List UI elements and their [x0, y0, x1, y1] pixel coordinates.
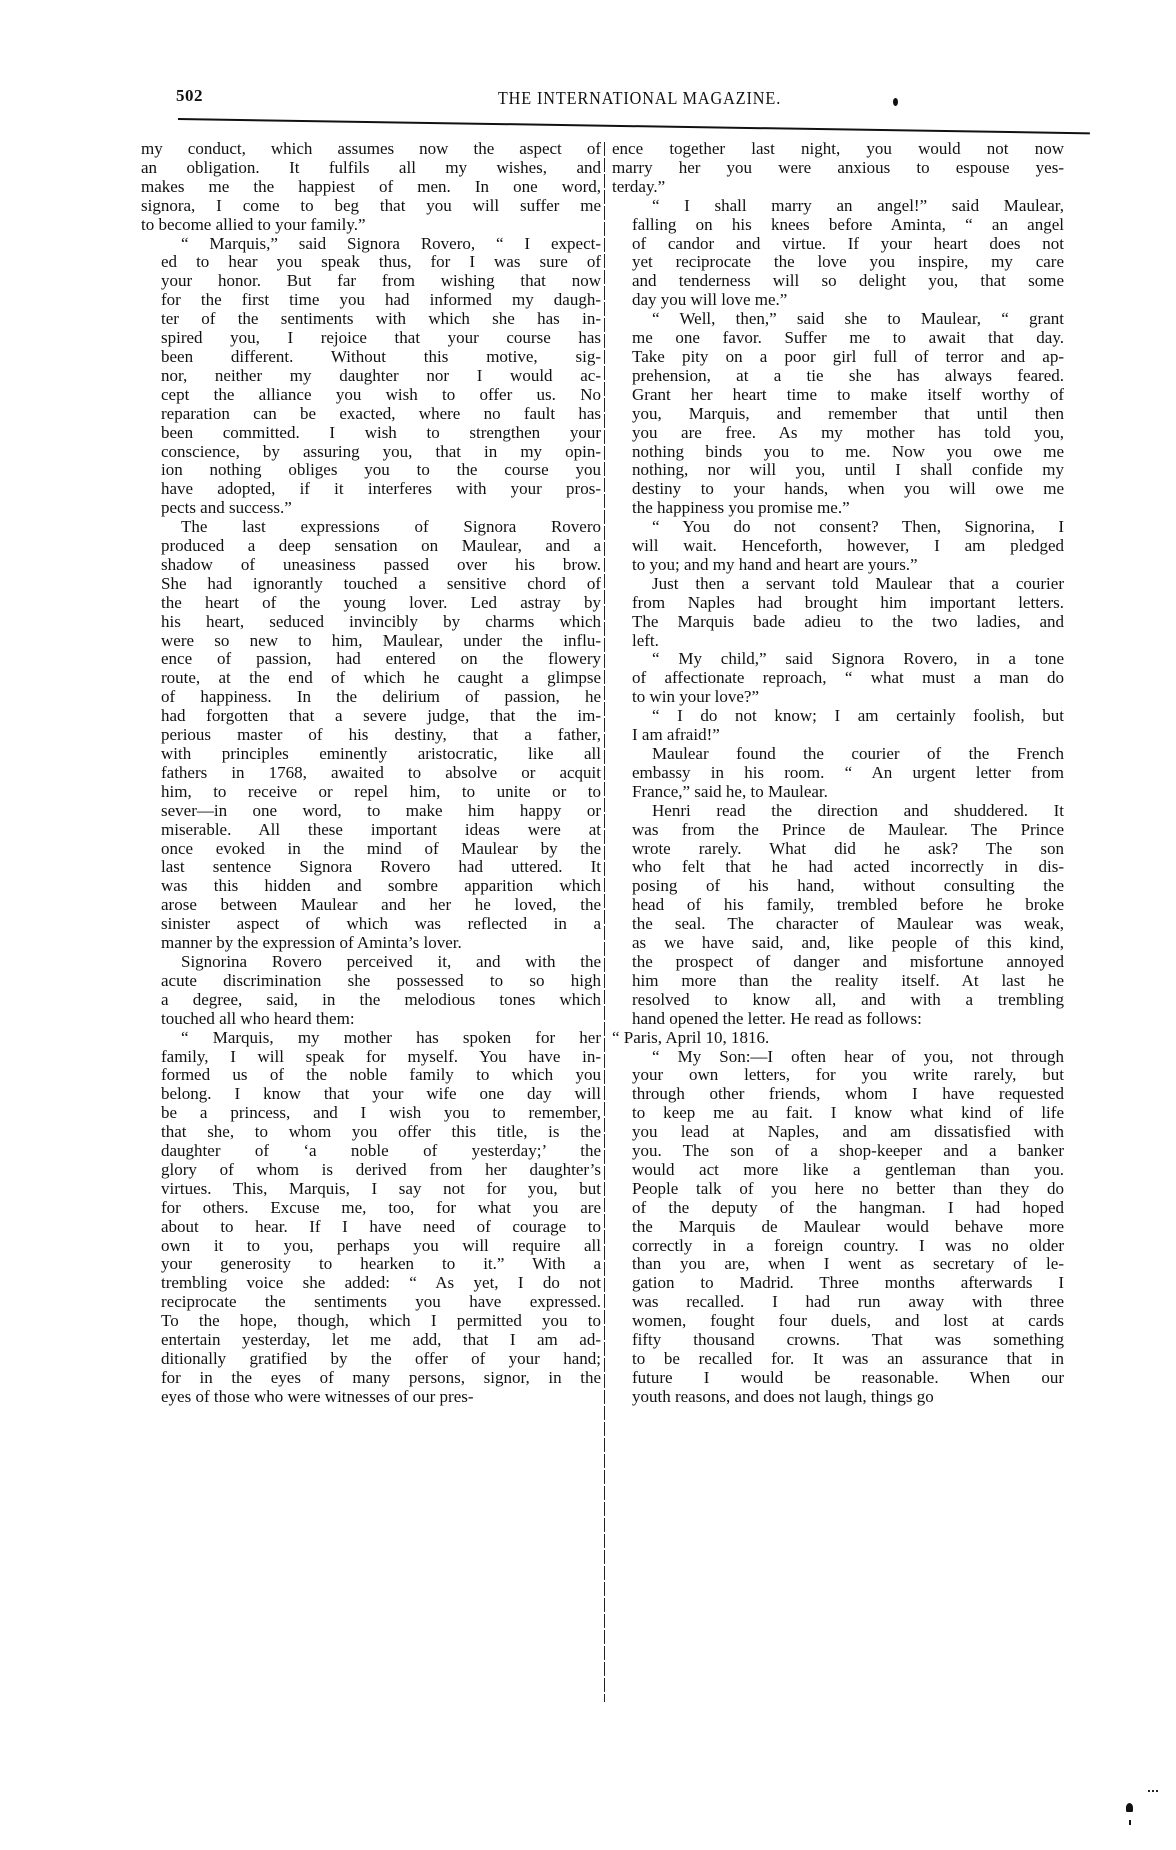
text-line: I am afraid!”: [612, 726, 1064, 745]
text-line: formed us of the noble family to which y…: [141, 1066, 601, 1085]
paragraph: “ My Son:—I often hear of you, not throu…: [612, 1048, 1064, 1407]
text-line: daughter of ‘a noble of yesterday;’ the: [141, 1142, 601, 1161]
scan-mark: [1129, 1820, 1131, 1825]
text-line: nothing binds you to me. Now you owe me: [612, 443, 1064, 462]
text-line: with principles eminently aristocratic, …: [141, 745, 601, 764]
text-line: The Marquis bade adieu to the two ladies…: [612, 613, 1064, 632]
text-line: the seal. The character of Maulear was w…: [612, 915, 1064, 934]
left-column: my conduct, which assumes now the aspect…: [141, 140, 601, 1407]
text-line: of affectionate reproach, “ what must a …: [612, 669, 1064, 688]
column-divider: [604, 142, 605, 1702]
text-line: your own letters, for you write rarely, …: [612, 1066, 1064, 1085]
text-line: and tenderness will so delight you, that…: [612, 272, 1064, 291]
text-line: to be recalled for. It was an assurance …: [612, 1350, 1064, 1369]
text-line: acute discrimination she possessed to so…: [141, 972, 601, 991]
text-line: him, to receive or repel him, to unite o…: [141, 783, 601, 802]
text-line: fathers in 1768, awaited to absolve or a…: [141, 764, 601, 783]
text-line: for in the eyes of many persons, signor,…: [141, 1369, 601, 1388]
text-line: head of his family, trembled before he b…: [612, 896, 1064, 915]
text-line: have adopted, if it interferes with your…: [141, 480, 601, 499]
text-line: signora, I come to beg that you will suf…: [141, 197, 601, 216]
text-line: for the first time you had informed my d…: [141, 291, 601, 310]
text-line: eyes of those who were witnesses of our …: [141, 1388, 601, 1407]
text-line: arose between Maulear and her he loved, …: [141, 896, 601, 915]
text-line: She had ignorantly touched a sensitive c…: [141, 575, 601, 594]
text-line: the heart of the young lover. Led astray…: [141, 594, 601, 613]
paragraph: “ I do not know; I am certainly foolish,…: [612, 707, 1064, 745]
text-line: a degree, said, in the melodious tones w…: [141, 991, 601, 1010]
text-line: entertain yesterday, let me add, that I …: [141, 1331, 601, 1350]
text-line: glory of whom is derived from her daught…: [141, 1161, 601, 1180]
text-line: be a princess, and I wish you to remembe…: [141, 1104, 601, 1123]
paragraph: Maulear found the courier of the Frenche…: [612, 745, 1064, 802]
text-line: your honor. But far from wishing that no…: [141, 272, 601, 291]
text-line: you lead at Naples, and am dissatisfied …: [612, 1123, 1064, 1142]
text-line: the prospect of danger and misfortune an…: [612, 953, 1064, 972]
text-line: left.: [612, 632, 1064, 651]
text-line: day you will love me.”: [612, 291, 1064, 310]
text-line: nor, neither my daughter nor I would ac-: [141, 367, 601, 386]
text-line: prehension, at a tie she has always fear…: [612, 367, 1064, 386]
text-line: Maulear found the courier of the French: [612, 745, 1064, 764]
text-line: yet reciprocate the love you inspire, my…: [612, 253, 1064, 272]
text-line: falling on his knees before Aminta, “ an…: [612, 216, 1064, 235]
text-line: own it to you, perhaps you will require …: [141, 1237, 601, 1256]
text-line: his heart, seduced invincibly by charms …: [141, 613, 601, 632]
text-line: To the hope, though, which I permitted y…: [141, 1312, 601, 1331]
paragraph: “ Paris, April 10, 1816.: [612, 1029, 1064, 1048]
text-line: your generosity to hearken to it.” With …: [141, 1255, 601, 1274]
text-line: touched all who heard them:: [141, 1010, 601, 1029]
text-line: you. The son of a shop-keeper and a bank…: [612, 1142, 1064, 1161]
text-line: fifty thousand crowns. That was somethin…: [612, 1331, 1064, 1350]
text-line: were so new to him, Maulear, under the i…: [141, 632, 601, 651]
text-line: “ I shall marry an angel!” said Maulear,: [612, 197, 1064, 216]
text-line: virtues. This, Marquis, I say not for yo…: [141, 1180, 601, 1199]
text-line: “ I do not know; I am certainly foolish,…: [612, 707, 1064, 726]
text-line: through other friends, whom I have reque…: [612, 1085, 1064, 1104]
text-line: ditionally gratified by the offer of you…: [141, 1350, 601, 1369]
text-line: conscience, by assuring you, that in my …: [141, 443, 601, 462]
text-line: was recalled. I had run away with three: [612, 1293, 1064, 1312]
text-line: hand opened the letter. He read as follo…: [612, 1010, 1064, 1029]
text-line: had forgotten that a severe judge, that …: [141, 707, 601, 726]
text-line: belong. I know that your wife one day wi…: [141, 1085, 601, 1104]
text-line: “ My child,” said Signora Rovero, in a t…: [612, 650, 1064, 669]
scan-mark: [1148, 1790, 1158, 1796]
text-line: last sentence Signora Rovero had uttered…: [141, 858, 601, 877]
text-line: “ Well, then,” said she to Maulear, “ gr…: [612, 310, 1064, 329]
text-line: reparation can be exacted, where no faul…: [141, 405, 601, 424]
text-line: to keep me au fait. I know what kind of …: [612, 1104, 1064, 1123]
text-line: ter of the sentiments with which she has…: [141, 310, 601, 329]
text-line: you, Marquis, and remember that until th…: [612, 405, 1064, 424]
text-line: will wait. Henceforth, however, I am ple…: [612, 537, 1064, 556]
text-line: for others. Excuse me, too, for what you…: [141, 1199, 601, 1218]
scan-mark: [1126, 1803, 1133, 1812]
text-line: spired you, I rejoice that your course h…: [141, 329, 601, 348]
text-line: “ Marquis,” said Signora Rovero, “ I exp…: [141, 235, 601, 254]
header-rule: [178, 118, 1090, 134]
text-line: posing of his hand, without consulting t…: [612, 877, 1064, 896]
text-line: produced a deep sensation on Maulear, an…: [141, 537, 601, 556]
text-line: my conduct, which assumes now the aspect…: [141, 140, 601, 159]
text-line: of happiness. In the delirium of passion…: [141, 688, 601, 707]
text-line: him more than the reality itself. At las…: [612, 972, 1064, 991]
text-line: was from the Prince de Maulear. The Prin…: [612, 821, 1064, 840]
running-title: THE INTERNATIONAL MAGAZINE.: [187, 88, 1038, 109]
text-line: makes me the happiest of men. In one wor…: [141, 178, 601, 197]
text-line: family, I will speak for myself. You hav…: [141, 1048, 601, 1067]
text-line: “ Paris, April 10, 1816.: [612, 1029, 1044, 1048]
text-line: shadow of uneasiness passed over his bro…: [141, 556, 601, 575]
text-line: People talk of you here no better than t…: [612, 1180, 1064, 1199]
text-line: future I would be reasonable. When our: [612, 1369, 1064, 1388]
text-line: you are free. As my mother has told you,: [612, 424, 1064, 443]
text-line: women, fought four duels, and lost at ca…: [612, 1312, 1064, 1331]
text-line: to you; and my hand and heart are yours.…: [612, 556, 1064, 575]
text-line: ence together last night, you would not …: [612, 140, 1064, 159]
text-line: cept the alliance you wish to offer us. …: [141, 386, 601, 405]
text-line: been different. Without this motive, sig…: [141, 348, 601, 367]
text-line: manner by the expression of Aminta’s lov…: [141, 934, 601, 953]
text-line: “ My Son:—I often hear of you, not throu…: [612, 1048, 1064, 1067]
text-line: sever—in one word, to make him happy or: [141, 802, 601, 821]
text-line: France,” said he, to Maulear.: [612, 783, 1064, 802]
text-line: destiny to your hands, when you will owe…: [612, 480, 1064, 499]
text-line: been committed. I wish to strengthen you…: [141, 424, 601, 443]
paragraph: my conduct, which assumes now the aspect…: [141, 140, 601, 235]
text-line: from Naples had brought him important le…: [612, 594, 1064, 613]
paragraph: “ Well, then,” said she to Maulear, “ gr…: [612, 310, 1064, 518]
text-line: Grant her heart time to make itself wort…: [612, 386, 1064, 405]
text-line: resolved to know all, and with a trembli…: [612, 991, 1064, 1010]
text-line: Just then a servant told Maulear that a …: [612, 575, 1064, 594]
text-line: correctly in a foreign country. I was no…: [612, 1237, 1064, 1256]
text-line: The last expressions of Signora Rovero: [141, 518, 601, 537]
text-line: that she, to whom you offer this title, …: [141, 1123, 601, 1142]
paragraph: “ You do not consent? Then, Signorina, I…: [612, 518, 1064, 575]
text-line: nothing, nor will you, until I shall con…: [612, 461, 1064, 480]
text-line: reciprocate the sentiments you have expr…: [141, 1293, 601, 1312]
text-line: “ You do not consent? Then, Signorina, I: [612, 518, 1064, 537]
text-line: than you are, when I went as secretary o…: [612, 1255, 1064, 1274]
text-line: ed to hear you speak thus, for I was sur…: [141, 253, 601, 272]
text-line: who felt that he had acted incorrectly i…: [612, 858, 1064, 877]
text-line: to win your love?”: [612, 688, 1064, 707]
text-line: Take pity on a poor girl full of terror …: [612, 348, 1064, 367]
paragraph: “ My child,” said Signora Rovero, in a t…: [612, 650, 1064, 707]
text-line: embassy in his room. “ An urgent letter …: [612, 764, 1064, 783]
text-line: perious master of his destiny, that a fa…: [141, 726, 601, 745]
paragraph: ence together last night, you would not …: [612, 140, 1064, 197]
paragraph: “ Marquis,” said Signora Rovero, “ I exp…: [141, 235, 601, 519]
text-line: Henri read the direction and shuddered. …: [612, 802, 1064, 821]
text-line: an obligation. It fulfils all my wishes,…: [141, 159, 601, 178]
right-column: ence together last night, you would not …: [612, 140, 1064, 1407]
text-line: about to hear. If I have need of courage…: [141, 1218, 601, 1237]
text-line: once evoked in the mind of Maulear by th…: [141, 840, 601, 859]
text-line: the Marquis de Maulear would behave more: [612, 1218, 1064, 1237]
text-line: ence of passion, had entered on the flow…: [141, 650, 601, 669]
text-line: “ Marquis, my mother has spoken for her: [141, 1029, 601, 1048]
paragraph: “ Marquis, my mother has spoken for herf…: [141, 1029, 601, 1407]
text-line: sinister aspect of which was reflected i…: [141, 915, 601, 934]
text-line: gation to Madrid. Three months afterward…: [612, 1274, 1064, 1293]
text-line: wrote rarely. What did he ask? The son: [612, 840, 1064, 859]
paragraph: “ I shall marry an angel!” said Maulear,…: [612, 197, 1064, 310]
text-line: miserable. All these important ideas wer…: [141, 821, 601, 840]
text-line: ion nothing obliges you to the course yo…: [141, 461, 601, 480]
text-line: to become allied to your family.”: [141, 216, 601, 235]
text-line: me one favor. Suffer me to await that da…: [612, 329, 1064, 348]
text-line: was this hidden and sombre apparition wh…: [141, 877, 601, 896]
text-line: terday.”: [612, 178, 1064, 197]
text-line: as we have said, and, like people of thi…: [612, 934, 1064, 953]
text-line: would act more like a gentleman than you…: [612, 1161, 1064, 1180]
paragraph: Signorina Rovero perceived it, and with …: [141, 953, 601, 1029]
text-line: the happiness you promise me.”: [612, 499, 1064, 518]
text-line: route, at the end of which he caught a g…: [141, 669, 601, 688]
paragraph: The last expressions of Signora Roveropr…: [141, 518, 601, 953]
paragraph: Henri read the direction and shuddered. …: [612, 802, 1064, 1029]
text-line: youth reasons, and does not laugh, thing…: [612, 1388, 1064, 1407]
text-line: trembling voice she added: “ As yet, I d…: [141, 1274, 601, 1293]
text-line: pects and success.”: [141, 499, 601, 518]
text-line: of the deputy of the hangman. I had hope…: [612, 1199, 1064, 1218]
text-line: marry her you were anxious to espouse ye…: [612, 159, 1064, 178]
paragraph: Just then a servant told Maulear that a …: [612, 575, 1064, 651]
page-header: 502 THE INTERNATIONAL MAGAZINE.: [140, 78, 1085, 108]
text-line: Signorina Rovero perceived it, and with …: [141, 953, 601, 972]
text-line: of candor and virtue. If your heart does…: [612, 235, 1064, 254]
